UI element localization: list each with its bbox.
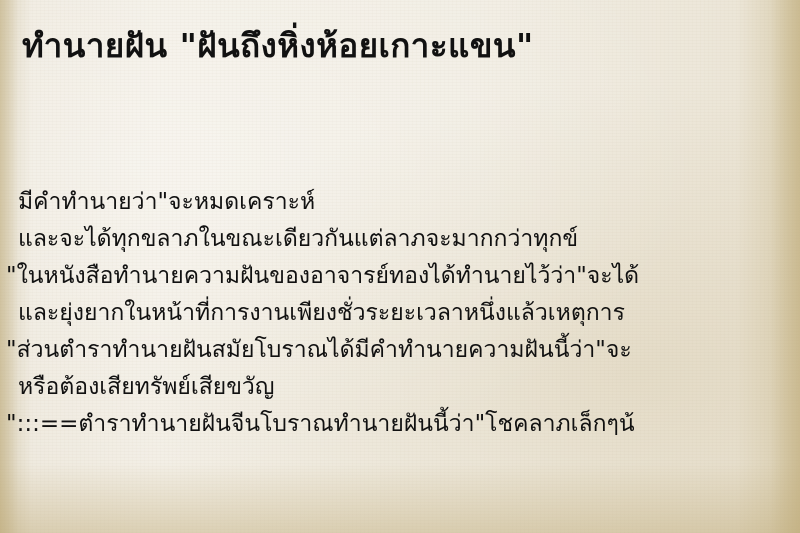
- text-line: ":::==ตำราทำนายฝันจีนโบราณทำนายฝันนี้ว่า…: [0, 406, 800, 443]
- dream-interpretation-text: มีคำทำนายว่า"จะหมดเคราะห์ และจะได้ทุกขลา…: [0, 184, 800, 443]
- text-line: "ส่วนตำราทำนายฝันสมัยโบราณได้มีคำทำนายคว…: [0, 332, 800, 369]
- text-line: มีคำทำนายว่า"จะหมดเคราะห์: [0, 184, 800, 221]
- paper-edge-bottom: [0, 463, 800, 533]
- parchment-page: ทำนายฝัน "ฝันถึงหิ่งห้อยเกาะแขน" มีคำทำน…: [0, 0, 800, 533]
- text-line: และยุ่งยากในหน้าที่การงานเพียงชั่วระยะเว…: [0, 295, 800, 332]
- text-line: หรือต้องเสียทรัพย์เสียขวัญ: [0, 369, 800, 406]
- text-line: "ในหนังสือทำนายความฝันของอาจารย์ทองได้ทำ…: [0, 258, 800, 295]
- page-title: ทำนายฝัน "ฝันถึงหิ่งห้อยเกาะแขน": [22, 18, 534, 74]
- text-line: และจะได้ทุกขลาภในขณะเดียวกันแต่ลาภจะมากก…: [0, 221, 800, 258]
